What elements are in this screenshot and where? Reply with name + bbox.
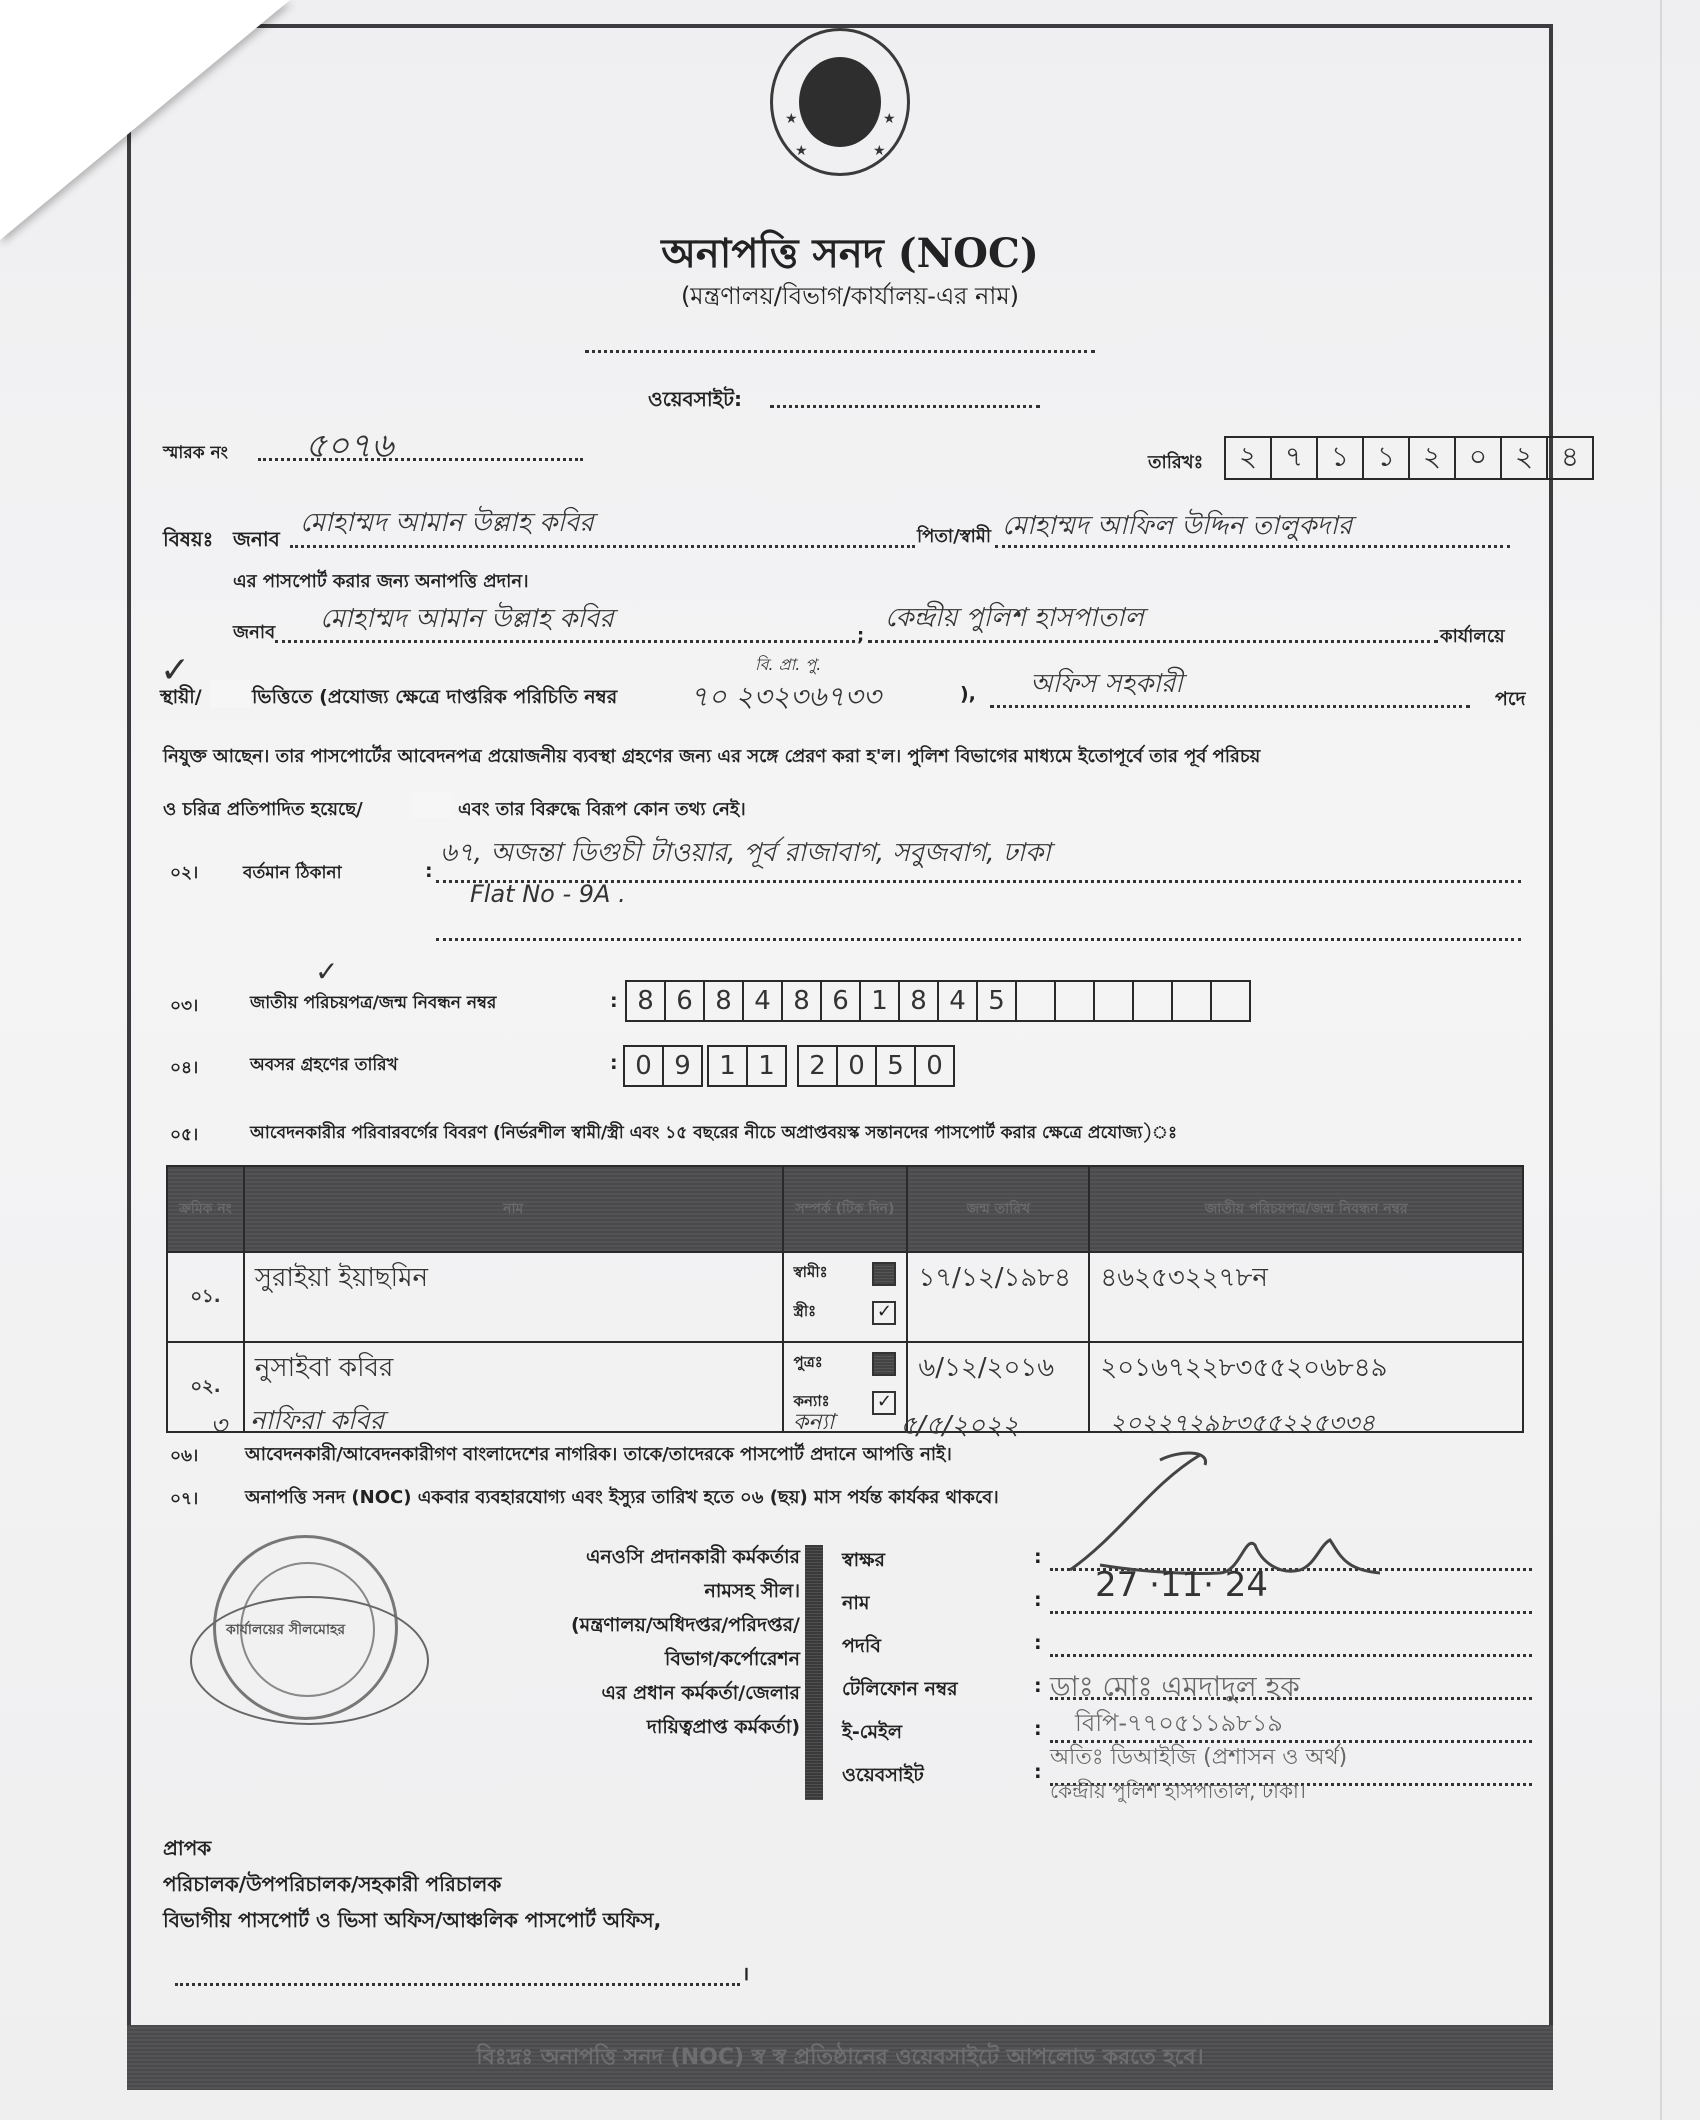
nid-digit-box[interactable] — [1095, 982, 1134, 1020]
relation-label: পুত্রঃ — [794, 1351, 823, 1376]
document-subtitle: (মন্ত্রণালয়/বিভাগ/কার্যালয়-এর নাম) — [0, 278, 1700, 318]
retirement-year-digit[interactable]: 2 — [799, 1047, 838, 1085]
permanent-label: স্থায়ী/ — [160, 683, 202, 715]
address-colon: : — [425, 860, 433, 882]
body-janab-label: জনাব — [233, 618, 275, 649]
declaration-7-text: অনাপত্তি সনদ (NOC) একবার ব্যবহারযোগ্য এব… — [245, 1483, 999, 1514]
nid-digit-box[interactable]: 6 — [822, 982, 861, 1020]
recipient-block: প্রাপক পরিচালক/উপপরিচালক/সহকারী পরিচালক … — [163, 1830, 661, 1938]
star-icon: ★ — [785, 111, 798, 127]
signatory-description-line: এর প্রধান কর্মকর্তা/জেলার — [510, 1676, 800, 1710]
subject-line: এর পাসপোর্ট করার জন্য অনাপত্তি প্রদান। — [233, 567, 529, 598]
extra-row-name[interactable]: নাফিরা কবির — [250, 1400, 384, 1444]
nid-label: জাতীয় পরিচয়পত্র/জন্ম নিবন্ধন নম্বর — [250, 990, 496, 1018]
row-serial: ০১. — [167, 1252, 244, 1342]
signatory-field-input[interactable] — [1050, 1611, 1532, 1614]
field-colon: : — [1034, 1675, 1042, 1697]
row-nid[interactable]: ৪৬২৫৩২২৭৮ন — [1089, 1252, 1523, 1342]
check-mark-icon: ✓ — [315, 955, 338, 988]
paren-close: ), — [960, 683, 976, 705]
extra-row-nid[interactable]: ২০২২৭২৯৮৩৫৫২২৫৩৩৪ — [1110, 1405, 1375, 1445]
retirement-month-digit[interactable]: 1 — [748, 1047, 785, 1085]
office-seal-text: কার্যালয়ের সীলমোহর — [226, 1618, 345, 1642]
address-value-2[interactable]: Flat No - 9A . — [470, 880, 626, 908]
recipient-line-1: পরিচালক/উপপরিচালক/সহকারী পরিচালক — [163, 1866, 661, 1902]
address-number: ০২। — [170, 860, 198, 888]
family-intro-number: ০৫। — [170, 1122, 198, 1150]
paragraph-line-1: নিযুক্ত আছেন। তার পাসপোর্টের আবেদনপত্র প… — [163, 742, 1260, 773]
nid-boxes[interactable]: 8684861845 — [625, 980, 1251, 1022]
column-header: সম্পর্ক (টিক দিন) — [783, 1166, 908, 1252]
nid-digit-box[interactable]: 8 — [783, 982, 822, 1020]
recipient-address-line[interactable] — [175, 1983, 740, 1986]
nid-digit-box[interactable] — [1134, 982, 1173, 1020]
signatory-field-label: স্বাক্ষর — [842, 1546, 885, 1578]
folded-corner — [0, 0, 290, 240]
signatory-field-label: ওয়েবসাইট — [842, 1761, 924, 1793]
page-edge — [1660, 0, 1662, 2120]
field-colon: : — [1034, 1632, 1042, 1654]
retirement-label: অবসর গ্রহণের তারিখ — [250, 1052, 398, 1080]
paragraph-line-2b: এবং তার বিরুদ্ধে বিরূপ কোন তথ্য নেই। — [458, 795, 746, 826]
date-digit-box[interactable]: ২ — [1226, 438, 1272, 478]
address-line-2 — [436, 938, 1521, 941]
relation-checkbox[interactable]: ✓ — [872, 1391, 896, 1415]
separator-comma: ; — [857, 625, 864, 646]
stamp-designation: অতিঃ ডিআইজি (প্রশাসন ও অর্থ) — [1050, 1740, 1347, 1777]
nid-digit-box[interactable] — [1056, 982, 1095, 1020]
office-seal-stamp: কার্যালয়ের সীলমোহর — [213, 1535, 398, 1720]
extra-row-serial: ৩ — [210, 1405, 227, 1449]
family-table-header: ক্রমিক নংনামসম্পর্ক (টিক দিন)জন্ম তারিখজ… — [167, 1166, 1523, 1252]
recipient-line-2: বিভাগীয় পাসপোর্ট ও ভিসা অফিস/আঞ্চলিক পা… — [163, 1902, 661, 1938]
seal-oval — [190, 1596, 429, 1725]
body-name[interactable]: মোহাম্মদ আমান উল্লাহ কবির — [320, 598, 614, 642]
signed-date: 27 ·11· 24 — [1095, 1565, 1268, 1605]
retirement-day-digit[interactable]: 9 — [664, 1047, 701, 1085]
declaration-7-number: ০৭। — [170, 1486, 198, 1514]
row-name[interactable]: সুরাইয়া ইয়াছমিন — [244, 1252, 783, 1342]
government-seal-icon: ★ ★ ★ ★ — [770, 28, 910, 176]
ministry-name-line[interactable] — [585, 350, 1095, 353]
stamp-bp-number: বিপি-৭৭০৫১১৯৮১৯ — [1075, 1705, 1283, 1745]
whiteout-mark — [210, 680, 250, 708]
date-digit-box[interactable]: ১ — [1364, 438, 1410, 478]
nid-digit-box[interactable]: 5 — [978, 982, 1017, 1020]
relation-checkbox[interactable]: ✓ — [872, 1301, 896, 1325]
retirement-month-digit[interactable]: 1 — [709, 1047, 748, 1085]
date-digit-box[interactable]: ১ — [1318, 438, 1364, 478]
nid-number: ০৩। — [170, 993, 198, 1021]
father-label: পিতা/স্বামী — [917, 522, 991, 553]
signatory-divider — [805, 1545, 823, 1800]
retirement-year-digit[interactable]: 0 — [838, 1047, 877, 1085]
paragraph-line-2a: ও চরিত্র প্রতিপাদিত হয়েছে/ — [163, 795, 363, 826]
stamp-office: কেন্দ্রীয় পুলিশ হাসপাতাল, ঢাকা। — [1050, 1777, 1306, 1810]
signatory-field-label: টেলিফোন নম্বর — [842, 1675, 958, 1707]
retirement-year-digit[interactable]: 0 — [916, 1047, 953, 1085]
signatory-description-line: এনওসি প্রদানকারী কর্মকর্তার — [510, 1540, 800, 1574]
date-digit-box[interactable]: ০ — [1456, 438, 1502, 478]
seal-center — [799, 57, 881, 147]
nid-digit-box[interactable]: 8 — [705, 982, 744, 1020]
table-row: ০১.সুরাইয়া ইয়াছমিনস্বামীঃস্ত্রীঃ✓১৭/১২… — [167, 1252, 1523, 1342]
date-digit-box[interactable]: ৭ — [1272, 438, 1318, 478]
retirement-colon: : — [610, 1052, 618, 1074]
date-boxes[interactable]: ২৭১১২০২৪ — [1224, 436, 1594, 480]
nid-digit-box[interactable]: 4 — [939, 982, 978, 1020]
signatory-field-2: পদবি: — [842, 1626, 1532, 1669]
relation-checkbox[interactable] — [872, 1352, 896, 1376]
signatory-field-label: পদবি — [842, 1632, 881, 1664]
signatory-description-line: (মন্ত্রণালয়/অধিদপ্তর/পরিদপ্তর/ — [510, 1608, 800, 1642]
signatory-field-input[interactable] — [1050, 1654, 1532, 1657]
signatory-field-label: নাম — [842, 1589, 869, 1621]
subject-label: বিষয়ঃ — [163, 525, 213, 558]
retirement-year-digit[interactable]: 5 — [877, 1047, 916, 1085]
father-name[interactable]: মোহাম্মদ আফিল উদ্দিন তালুকদার — [1002, 505, 1352, 549]
column-header: নাম — [244, 1166, 783, 1252]
date-digit-box[interactable]: ৪ — [1548, 438, 1592, 478]
column-header: জাতীয় পরিচয়পত্র/জন্ম নিবন্ধন নম্বর — [1089, 1166, 1523, 1252]
memo-label: স্মারক নং — [163, 440, 228, 468]
signatory-description-line: নামসহ সীল। — [510, 1574, 800, 1608]
relation-checkbox[interactable] — [872, 1262, 896, 1286]
recipient-line-end: । — [742, 1960, 749, 1986]
retirement-year-boxes[interactable]: 2050 — [797, 1045, 955, 1087]
field-colon: : — [1034, 1761, 1042, 1783]
declaration-6-text: আবেদনকারী/আবেদনকারীগণ বাংলাদেশের নাগরিক।… — [245, 1440, 952, 1471]
date-digit-box[interactable]: ২ — [1410, 438, 1456, 478]
row-relation: স্বামীঃস্ত্রীঃ✓ — [783, 1252, 908, 1342]
website-line[interactable] — [770, 405, 1040, 408]
extra-row-relation[interactable]: কন্যা — [793, 1405, 834, 1442]
memo-value[interactable]: ৫০৭৬ — [305, 420, 393, 477]
nid-digit-box[interactable]: 8 — [627, 982, 666, 1020]
designation-suffix: পদে — [1495, 685, 1526, 717]
retirement-month-boxes[interactable]: 11 — [707, 1045, 787, 1087]
designation[interactable]: অফিস সহকারী — [1030, 663, 1183, 707]
signatory-field-label: ই-মেইল — [842, 1718, 902, 1750]
website-label: ওয়েবসাইট: — [648, 385, 742, 418]
nid-digit-box[interactable]: 4 — [744, 982, 783, 1020]
relation-option: স্ত্রীঃ✓ — [794, 1300, 897, 1325]
nid-digit-box[interactable]: 8 — [900, 982, 939, 1020]
star-icon: ★ — [795, 143, 808, 159]
recipient-label: প্রাপক — [163, 1830, 661, 1866]
nid-digit-box[interactable] — [1173, 982, 1212, 1020]
footer-note: বিঃদ্রঃ অনাপত্তি সনদ (NOC) স্ব স্ব প্রতি… — [127, 2025, 1553, 2090]
row-dob[interactable]: ১৭/১২/১৯৮৪ — [907, 1252, 1089, 1342]
signatory-description-line: দায়িত্বপ্রাপ্ত কর্মকর্তা) — [510, 1710, 800, 1744]
signatory-description: এনওসি প্রদানকারী কর্মকর্তারনামসহ সীল।(মন… — [510, 1540, 800, 1744]
signatory-description-line: বিভাগ/কর্পোরেশন — [510, 1642, 800, 1676]
nid-colon: : — [610, 990, 618, 1012]
official-id[interactable]: ৭০ ২৩২৩৬৭৩৩ — [690, 675, 881, 722]
retirement-day-boxes[interactable]: 09 — [623, 1045, 703, 1087]
nid-digit-box[interactable]: 1 — [861, 982, 900, 1020]
row-serial: ০২. — [167, 1342, 244, 1432]
nid-digit-box[interactable]: 6 — [666, 982, 705, 1020]
star-icon: ★ — [873, 143, 886, 159]
retirement-day-digit[interactable]: 0 — [625, 1047, 664, 1085]
basis-text: ভিত্তিতে (প্রযোজ্য ক্ষেত্রে দাপ্তরিক পরি… — [252, 683, 617, 715]
relation-label: স্ত্রীঃ — [794, 1300, 817, 1325]
star-icon: ★ — [883, 111, 896, 127]
column-header: ক্রমিক নং — [167, 1166, 244, 1252]
date-digit-box[interactable]: ২ — [1502, 438, 1548, 478]
retirement-number: ০৪। — [170, 1055, 198, 1083]
family-intro-label: আবেদনকারীর পরিবারবর্গের বিবরণ (নির্ভরশীল… — [250, 1120, 1177, 1148]
declaration-6-number: ০৬। — [170, 1443, 198, 1471]
field-colon: : — [1034, 1718, 1042, 1740]
nid-digit-box[interactable] — [1017, 982, 1056, 1020]
relation-label: স্বামীঃ — [794, 1261, 828, 1286]
relation-option: স্বামীঃ — [794, 1261, 897, 1286]
whiteout-mark — [412, 792, 452, 818]
column-header: জন্ম তারিখ — [907, 1166, 1089, 1252]
family-table: ক্রমিক নংনামসম্পর্ক (টিক দিন)জন্ম তারিখজ… — [166, 1165, 1524, 1433]
subject-janab-label: জনাব — [233, 525, 280, 558]
relation-option: পুত্রঃ — [794, 1351, 897, 1376]
body-office[interactable]: কেন্দ্রীয় পুলিশ হাসপাতাল — [885, 597, 1144, 641]
address-label: বর্তমান ঠিকানা — [243, 860, 342, 888]
address-value-1[interactable]: ৬৭, অজন্তা ডিগুচী টাওয়ার, পূর্ব রাজাবাগ… — [440, 832, 1051, 876]
applicant-name[interactable]: মোহাম্মদ আমান উল্লাহ কবির — [300, 502, 594, 546]
nid-digit-box[interactable] — [1212, 982, 1249, 1020]
date-label: তারিখঃ — [1148, 448, 1203, 479]
office-suffix: কার্যালয়ে — [1440, 622, 1505, 653]
